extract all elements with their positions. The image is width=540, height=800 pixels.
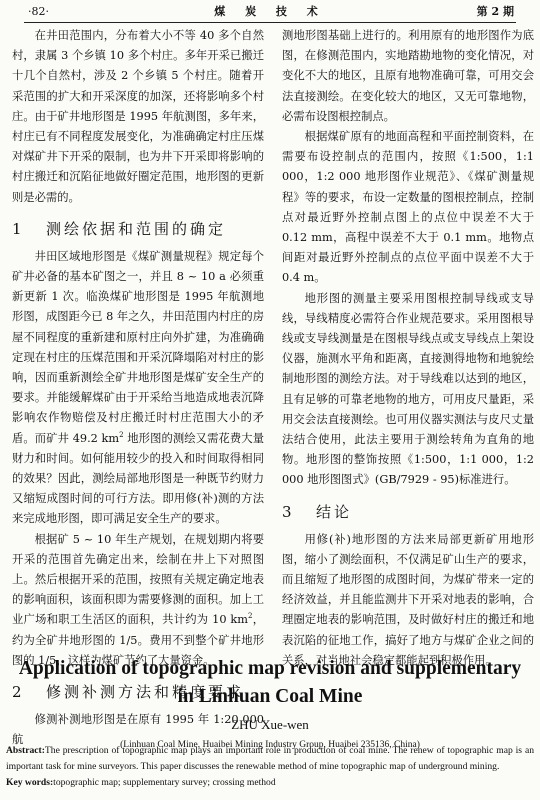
right-column: 测地形图基础上进行的。利用原有的地形图作为底图，在修测范围内，实地踏勘地物的变化… [282,26,534,671]
paragraph-s2-cont: 测地形图基础上进行的。利用原有的地形图作为底图，在修测范围内，实地踏勘地物的变化… [282,26,534,127]
section-3-number: 3 [282,500,316,524]
english-title-line-1: Application of topographic map revision … [0,655,540,683]
paragraph-s1-b: 根据矿 5 ~ 10 年生产规划，在规划期内将要开采的范围首先确定出来，绘制在井… [12,530,264,671]
abstract-text: The prescription of topographic map play… [6,745,534,772]
keywords-label: Key words: [6,777,53,788]
text-run: 地形图的测绘又需花费大量财力和时间。如何能用较少的投入和时间取得相同的效果？因此… [12,432,264,526]
section-1-title: 测绘依据和范围的确定 [46,220,226,238]
abstract: Abstract:The prescription of topographic… [6,743,534,774]
page-header: ·82· 煤 炭 技 术 第 2 期 [24,2,516,23]
abstract-label: Abstract: [6,745,45,756]
paragraph-s2-c: 地形图的测量主要采用图根控制导线或支导线，导线精度必需符合作业规范要求。采用图根… [282,289,534,491]
left-column: 在井田范围内，分布着大小不等 40 多个自然村，隶属 3 个乡镇 10 多个村庄… [12,26,264,751]
text-run: 根据矿 5 ~ 10 年生产规划，在规划期内将要开采的范围首先确定出来，绘制在井… [12,533,264,627]
issue-number: 第 2 期 [477,2,514,22]
english-title-block: Application of topographic map revision … [0,655,540,751]
journal-name: 煤 炭 技 术 [24,2,516,22]
keywords-text: topographic map; supplementary survey; c… [53,777,275,788]
keywords: Key words:topographic map; supplementary… [6,775,276,790]
section-1-heading: 1测绘依据和范围的确定 [12,217,264,241]
text-run: 井田区域地形图是《煤矿测量规程》规定每个矿井必备的基本矿图之一，并且 8 ~ 1… [12,250,264,445]
paragraph-intro: 在井田范围内，分布着大小不等 40 多个自然村，隶属 3 个乡镇 10 多个村庄… [12,26,264,208]
section-3-heading: 3结论 [282,500,534,524]
paragraph-s1-a: 井田区域地形图是《煤矿测量规程》规定每个矿井必备的基本矿图之一，并且 8 ~ 1… [12,247,264,530]
paragraph-s2-b: 根据煤矿原有的地面高程和平面控制资料，在需要布设控制点的范围内，按照《1:500… [282,127,534,289]
english-title-line-2: in Linhuan Coal Mine [0,683,540,711]
paragraph-s3: 用修(补)地形图的方法来局部更新矿用地形图，缩小了测绘面积，不仅满足矿山生产的要… [282,530,534,671]
section-3-title: 结论 [316,503,352,521]
section-1-number: 1 [12,217,46,241]
author: ZHU Xue-wen [0,717,540,733]
